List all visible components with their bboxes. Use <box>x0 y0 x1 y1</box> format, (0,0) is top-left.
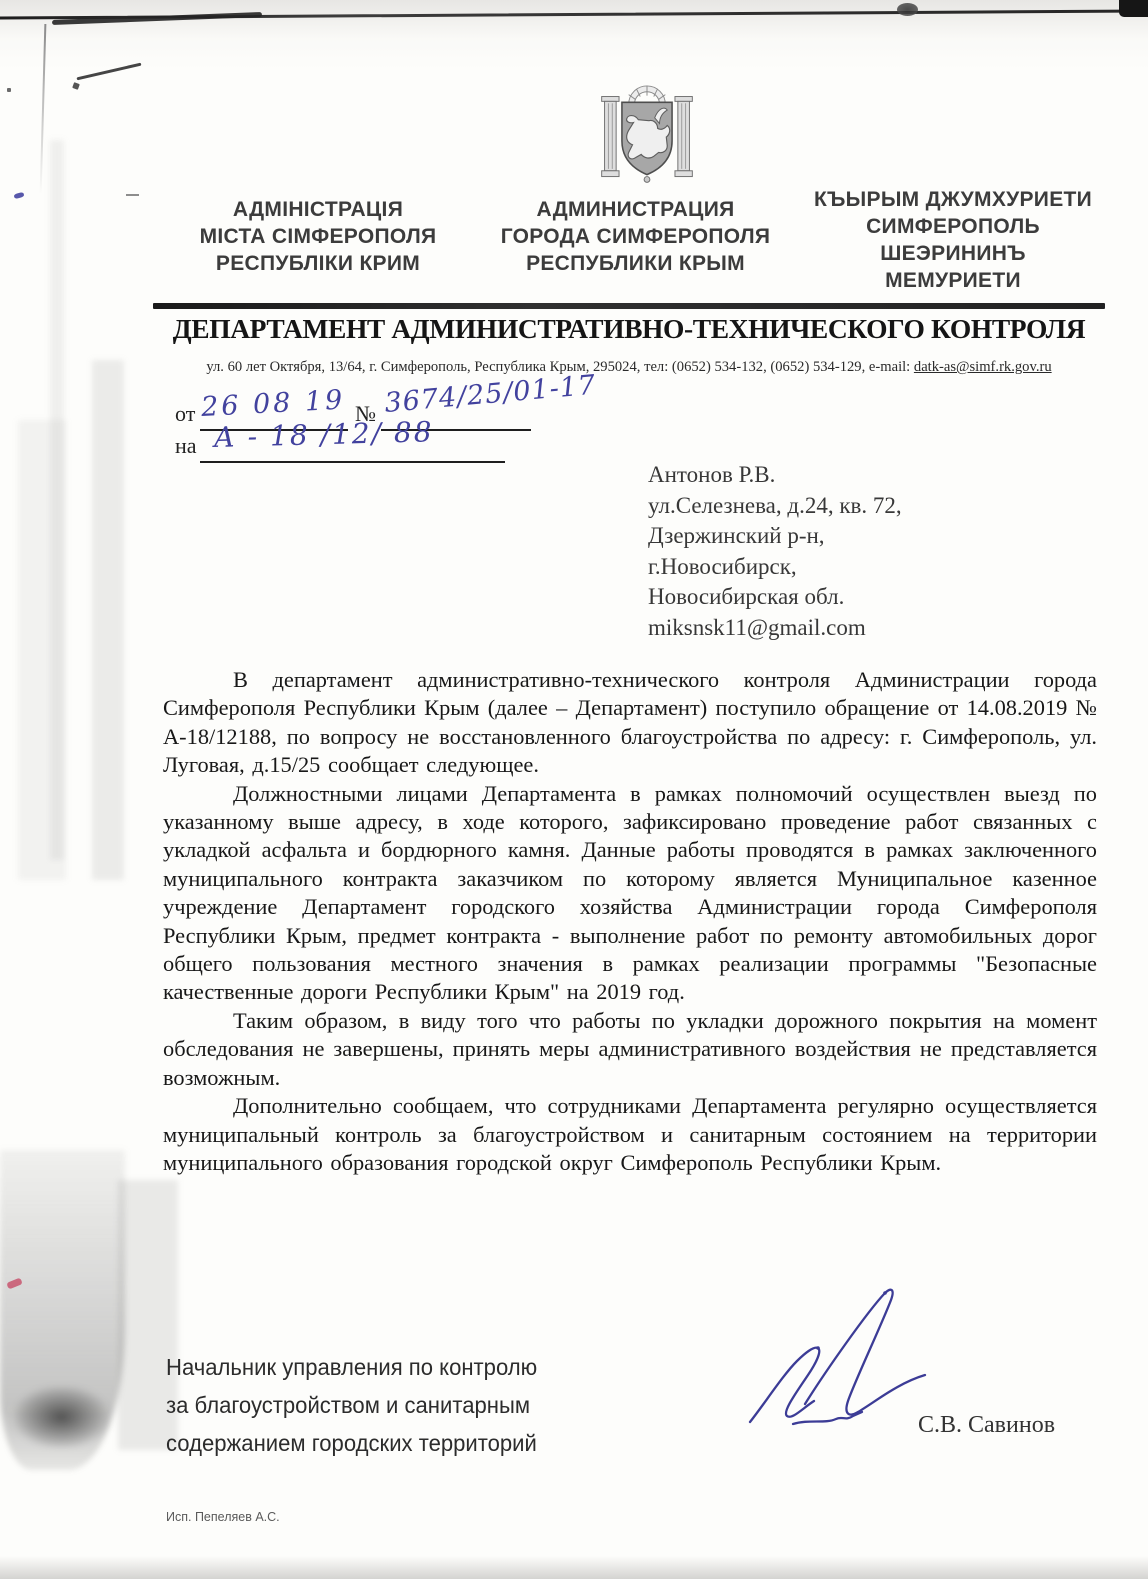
addressee-district: Дзержинский р-н, <box>648 521 902 552</box>
handwritten-signature <box>735 1282 945 1447</box>
department-title: ДЕПАРТАМЕНТ АДМИНИСТРАТИВНО-ТЕХНИЧЕСКОГО… <box>154 313 1104 345</box>
ink-speck <box>14 192 25 199</box>
addressee-email: miksnsk11@gmail.com <box>648 613 902 644</box>
org-line: МЕМУРИЕТИ <box>798 267 1108 294</box>
signer-position-line: Начальник управления по контролю <box>166 1348 537 1386</box>
ref-reply-label: на <box>175 433 197 459</box>
org-line: РЕСПУБЛІКИ КРИМ <box>168 250 468 277</box>
crimea-coat-of-arms-icon <box>598 84 696 192</box>
ref-underline <box>200 461 505 463</box>
contact-line: ул. 60 лет Октября, 13/64, г. Симферопол… <box>154 359 1104 376</box>
addressee-block: Антонов Р.В. ул.Селезнева, д.24, кв. 72,… <box>648 460 902 643</box>
org-line: МІСТА СІМФЕРОПОЛЯ <box>168 223 468 250</box>
scan-corner-blob <box>1119 0 1148 17</box>
org-line: СИМФЕРОПОЛЬ <box>798 213 1108 240</box>
org-name-russian: АДМИНИСТРАЦИЯ ГОРОДА СИМФЕРОПОЛЯ РЕСПУБЛ… <box>478 196 793 277</box>
body-paragraph: В департамент административно-техническо… <box>163 666 1097 780</box>
scan-dot <box>897 3 918 16</box>
pen-mark-tip <box>72 82 80 90</box>
ref-number-handwritten: 3674/25/01-17 <box>383 370 597 419</box>
org-name-crimean-tatar: КЪЫРЫМ ДЖУМХУРИЕТИ СИМФЕРОПОЛЬ ШЕЭРИНИНЪ… <box>798 186 1108 294</box>
addressee-street: ул.Селезнева, д.24, кв. 72, <box>648 491 902 522</box>
org-line: АДМИНИСТРАЦИЯ <box>478 196 793 223</box>
addressee-city: г.Новосибирск, <box>648 552 902 583</box>
email-address: datk-as@simf.rk.gov.ru <box>914 359 1052 375</box>
scan-smudge <box>18 420 66 880</box>
body-paragraph: Дополнительно сообщаем, что сотрудниками… <box>163 1092 1097 1177</box>
org-name-ukrainian: АДМІНІСТРАЦІЯ МІСТА СІМФЕРОПОЛЯ РЕСПУБЛІ… <box>168 196 468 277</box>
org-line: ШЕЭРИНИНЪ <box>798 240 1108 267</box>
org-line: ГОРОДА СИМФЕРОПОЛЯ <box>478 223 793 250</box>
scan-dash <box>126 194 139 196</box>
signer-position-line: за благоустройством и санитарным <box>166 1386 537 1424</box>
scan-smudge-blob <box>14 1386 109 1448</box>
org-line: АДМІНІСТРАЦІЯ <box>168 196 468 223</box>
signer-position: Начальник управления по контролю за благ… <box>166 1348 537 1462</box>
executor-note: Исп. Пепеляев А.С. <box>166 1510 280 1524</box>
addressee-region: Новосибирская обл. <box>648 582 902 613</box>
signer-position-line: содержанием городских территорий <box>166 1424 537 1462</box>
ref-from-label: от <box>175 401 195 427</box>
org-line: КЪЫРЫМ ДЖУМХУРИЕТИ <box>798 186 1108 213</box>
addressee-name: Антонов Р.В. <box>648 460 902 491</box>
scan-shade-bottom <box>0 1556 1148 1579</box>
scanned-letter-page: АДМІНІСТРАЦІЯ МІСТА СІМФЕРОПОЛЯ РЕСПУБЛІ… <box>0 0 1148 1579</box>
org-line: РЕСПУБЛИКИ КРЫМ <box>478 250 793 277</box>
signer-name: С.В. Савинов <box>918 1412 1055 1439</box>
scan-smudge <box>92 360 124 880</box>
body-paragraph: Должностными лицами Департамента в рамка… <box>163 780 1097 1007</box>
scan-speck <box>7 88 11 92</box>
ref-reply-handwritten: А - 18 /12/ 88 <box>213 415 434 454</box>
body-paragraph: Таким образом, в виду того что работы по… <box>163 1007 1097 1092</box>
header-divider-rule <box>153 303 1105 309</box>
letter-body: В департамент административно-техническо… <box>163 666 1097 1177</box>
